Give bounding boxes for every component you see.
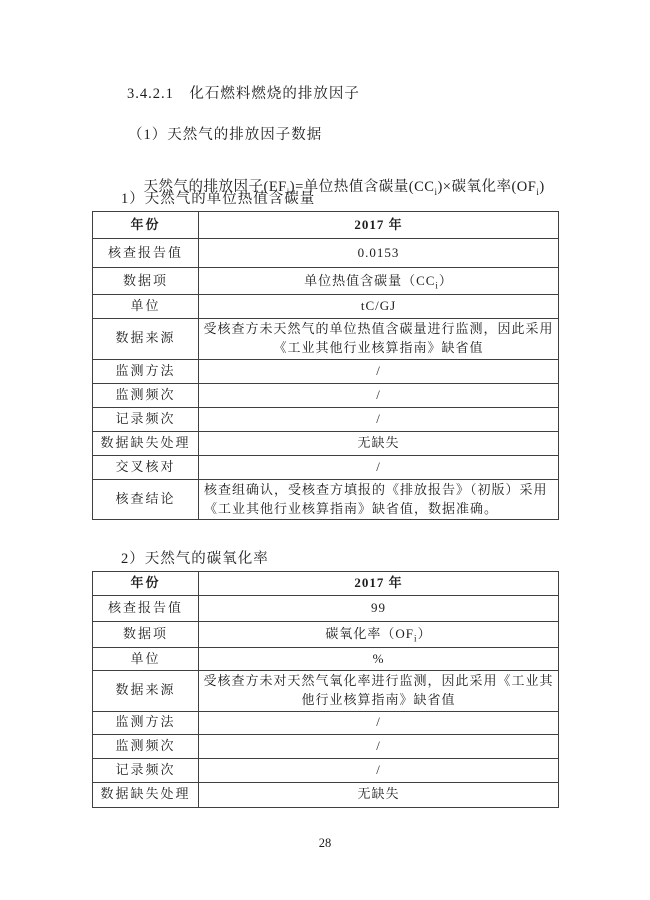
row-value-cell: / [199,711,559,734]
row-label-cell: 核查报告值 [93,596,199,622]
row-value-cell: % [199,648,559,671]
table-row: 数据来源 受核查方未天然气的单位热值含碳量进行监测，因此采用《工业其他行业核算指… [93,319,559,360]
row-label-cell: 数据项 [93,268,199,295]
row-value-cell: 99 [199,596,559,622]
row-label-cell: 核查报告值 [93,239,199,268]
row-label-cell: 监测频次 [93,734,199,758]
row-value-cell: 无缺失 [199,782,559,807]
row-value-cell: tC/GJ [199,295,559,319]
row-value-cell: / [199,734,559,758]
row-value-cell: 核查组确认，受核查方填报的《排放报告》（初版）采用《工业其他行业核算指南》缺省值… [199,479,559,520]
row-value-cell: 受核查方未对天然气氧化率进行监测，因此采用《工业其他行业核算指南》缺省值 [199,671,559,712]
row-label-cell: 交叉核对 [93,455,199,479]
row-label-cell: 监测频次 [93,383,199,407]
row-label-cell: 数据项 [93,622,199,648]
list-heading-oxidation-rate: 2）天然气的碳氧化率 [121,547,269,568]
row-label-cell: 监测方法 [93,711,199,734]
table-row: 核查报告值 99 [93,596,559,622]
row-value-cell: 单位热值含碳量（CCi） [199,268,559,295]
table-row: 单位 tC/GJ [93,295,559,319]
table-row: 监测频次 / [93,734,559,758]
table-row: 监测方法 / [93,711,559,734]
formula-part: )×碳氧化率(OF [437,179,536,195]
row-value-cell: / [199,359,559,383]
table-row: 监测频次 / [93,383,559,407]
row-label-cell: 核查结论 [93,479,199,520]
row-value-cell: 碳氧化率（OFi） [199,622,559,648]
row-label-cell: 数据来源 [93,671,199,712]
row-label-cell: 年份 [93,572,199,596]
row-label-cell: 数据缺失处理 [93,431,199,455]
row-label-cell: 记录频次 [93,407,199,431]
table-row: 监测方法 / [93,359,559,383]
row-value-cell: / [199,407,559,431]
table-row: 数据来源 受核查方未对天然气氧化率进行监测，因此采用《工业其他行业核算指南》缺省… [93,671,559,712]
section-heading: 3.4.2.1 化石燃料燃烧的排放因子 [127,82,360,103]
row-value-cell: 受核查方未天然气的单位热值含碳量进行监测，因此采用《工业其他行业核算指南》缺省值 [199,319,559,360]
table-row: 记录频次 / [93,407,559,431]
table-row: 数据缺失处理 无缺失 [93,782,559,807]
row-label-cell: 单位 [93,648,199,671]
table-row: 数据缺失处理 无缺失 [93,431,559,455]
formula-part: ) [539,179,544,195]
table-row: 交叉核对 / [93,455,559,479]
row-label-cell: 记录频次 [93,758,199,782]
row-value-cell: / [199,383,559,407]
table-oxidation-rate: 年份 2017 年 核查报告值 99 数据项 碳氧化率（OFi） 单位 % 数据… [92,571,559,808]
table-row: 单位 % [93,648,559,671]
table-row: 核查结论 核查组确认，受核查方填报的《排放报告》（初版）采用《工业其他行业核算指… [93,479,559,520]
page-number: 28 [0,836,650,851]
row-value-cell: 无缺失 [199,431,559,455]
table-row: 年份 2017 年 [93,212,559,239]
row-label-cell: 单位 [93,295,199,319]
row-value-cell: / [199,758,559,782]
list-heading-carbon-content: 1）天然气的单位热值含碳量 [121,187,315,208]
table-row: 记录频次 / [93,758,559,782]
subsection-heading: （1）天然气的排放因子数据 [128,123,322,144]
row-label-cell: 数据来源 [93,319,199,360]
document-page: 3.4.2.1 化石燃料燃烧的排放因子 （1）天然气的排放因子数据 天然气的排放… [0,0,650,900]
row-value-cell: / [199,455,559,479]
table-row: 核查报告值 0.0153 [93,239,559,268]
row-label-cell: 数据缺失处理 [93,782,199,807]
row-value-cell: 2017 年 [199,572,559,596]
row-value-cell: 2017 年 [199,212,559,239]
table-carbon-content: 年份 2017 年 核查报告值 0.0153 数据项 单位热值含碳量（CCi） … [92,211,559,520]
row-label-cell: 监测方法 [93,359,199,383]
table-row: 数据项 单位热值含碳量（CCi） [93,268,559,295]
table-row: 数据项 碳氧化率（OFi） [93,622,559,648]
row-value-cell: 0.0153 [199,239,559,268]
row-label-cell: 年份 [93,212,199,239]
table-row: 年份 2017 年 [93,572,559,596]
